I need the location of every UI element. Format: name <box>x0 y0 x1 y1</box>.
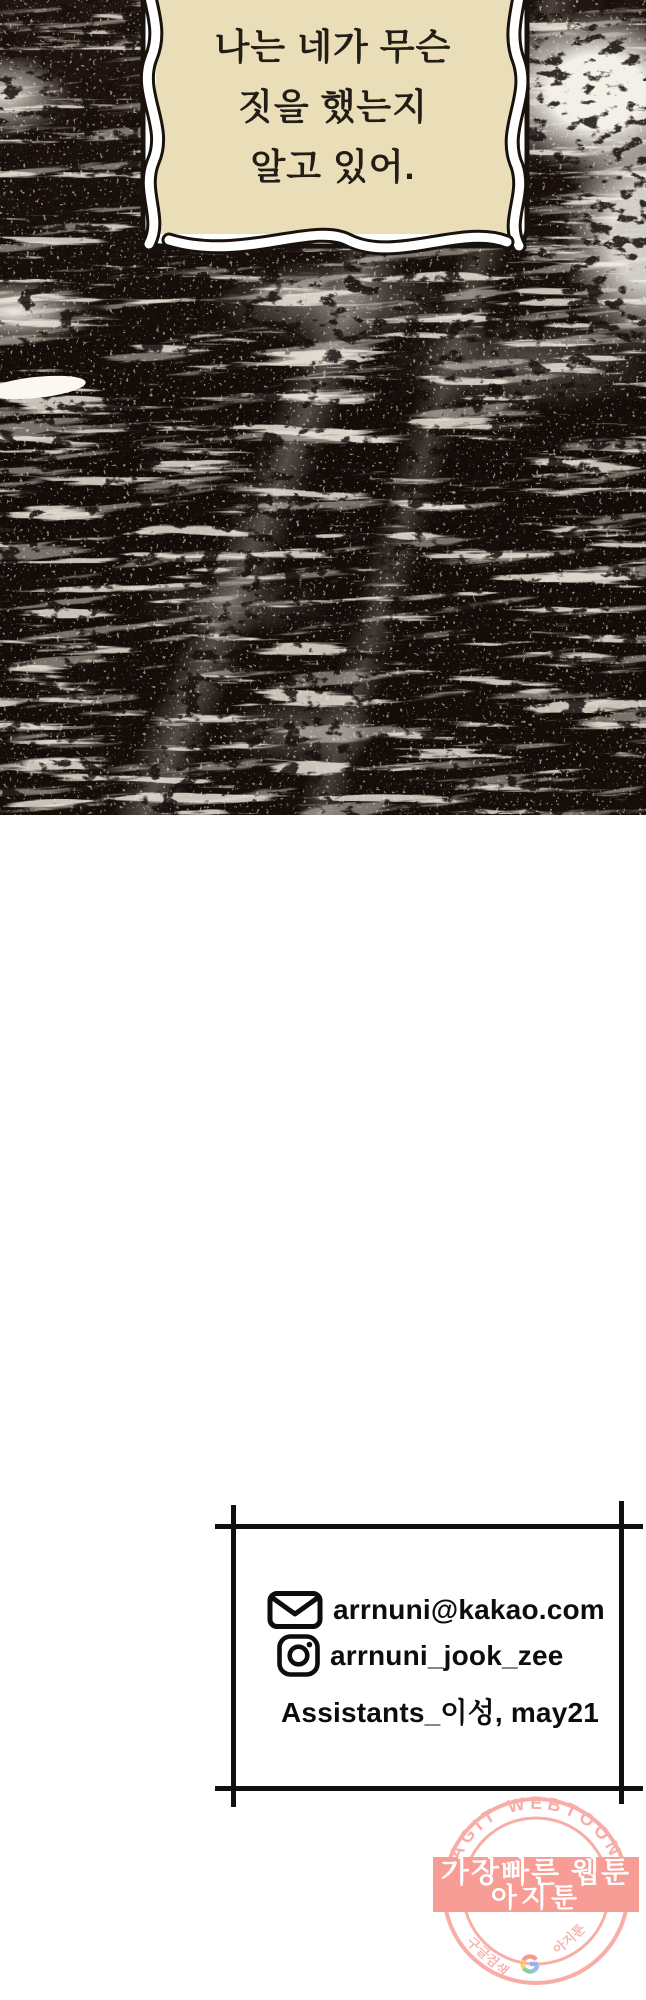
stamp-graphic: AGIT WEBTOON 가장빠른 웹툰 아지툰 구글검색 아지툰 <box>436 1791 636 1991</box>
ribbon-left-icon <box>147 0 157 244</box>
credits-box-left-border <box>231 1505 236 1807</box>
assistants-text: Assistants_이성, may21 <box>281 1691 599 1731</box>
credits-box-top-border <box>215 1524 643 1529</box>
instagram-row: arrnuni_jook_zee <box>276 1633 564 1678</box>
webtoon-page: 나는 네가 무슨 짓을 했는지 알고 있어. arrnuni@kakao.com… <box>0 0 646 2000</box>
note-message: 나는 네가 무슨 짓을 했는지 알고 있어. <box>160 17 506 197</box>
assistants-row: Assistants_이성, may21 <box>281 1691 599 1731</box>
agit-webtoon-stamp: AGIT WEBTOON 가장빠른 웹툰 아지툰 구글검색 아지툰 <box>436 1791 636 1991</box>
note-line-2: 짓을 했는지 <box>160 77 506 137</box>
ribbon-right-icon <box>512 0 522 246</box>
stamp-bottom-right-text: 아지툰 <box>550 1921 588 1958</box>
instagram-text: arrnuni_jook_zee <box>330 1640 564 1672</box>
instagram-icon <box>276 1633 321 1678</box>
wall-texture-panel: 나는 네가 무슨 짓을 했는지 알고 있어. <box>0 0 646 815</box>
email-text: arrnuni@kakao.com <box>333 1594 605 1626</box>
note-line-3: 알고 있어. <box>160 137 506 197</box>
credits-box-right-border <box>619 1501 624 1804</box>
email-row: arrnuni@kakao.com <box>266 1590 605 1630</box>
stamp-arc-text: AGIT WEBTOON <box>445 1793 627 1863</box>
stamp-banner-line-2: 아지툰 <box>491 1882 581 1913</box>
note-line-1: 나는 네가 무슨 <box>160 17 506 77</box>
envelope-icon <box>266 1590 324 1630</box>
